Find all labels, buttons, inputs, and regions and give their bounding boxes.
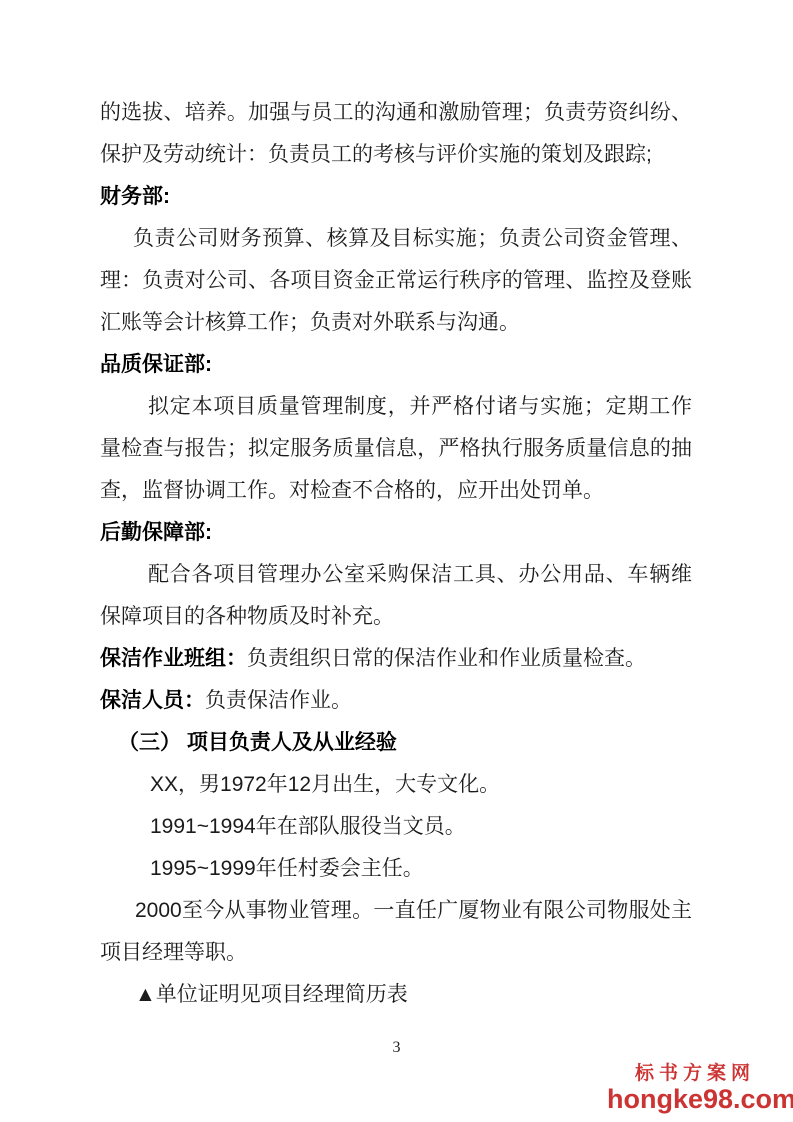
cleaning-team-item: 保洁作业班组：负责组织日常的保洁作业和作业质量检查。 [100, 638, 692, 680]
quality-dept-duties-line-3: 查，监督协调工作。对检查不合格的，应开出处罚单。 [100, 470, 692, 512]
career-2000-line-2: 项目经理等职。 [100, 932, 692, 974]
hr-dept-duties-line-1: 的选拔、培养。加强与员工的沟通和激励管理；负责劳资纠纷、劳动 [100, 92, 692, 134]
watermark-logo: 标书方案网 hongke98.com [607, 1062, 783, 1112]
cleaning-staff-item: 保洁人员：负责保洁作业。 [100, 680, 692, 722]
watermark-site-url: hongke98.com [607, 1086, 783, 1112]
logistics-dept-duties-line-1: 配合各项目管理办公室采购保洁工具、办公用品、车辆维修等， [100, 554, 692, 596]
page-number: 3 [0, 1038, 793, 1058]
document-body: 的选拔、培养。加强与员工的沟通和激励管理；负责劳资纠纷、劳动 保护及劳动统计：负… [100, 92, 692, 1016]
heading-logistics-support-dept: 后勤保障部: [100, 512, 692, 554]
career-2000-line-1: 2000至今从事物业管理。一直任广厦物业有限公司物服处主任、 [100, 890, 692, 932]
cleaning-team-label: 保洁作业班组： [100, 647, 247, 670]
watermark-site-name: 标书方案网 [607, 1062, 783, 1086]
document-page: { "page": { "number": "3", "background_c… [0, 0, 793, 1122]
finance-dept-duties-line-2: 理：负责对公司、各项目资金正常运行秩序的管理、监控及登账核账 [100, 260, 692, 302]
quality-dept-duties-line-1: 拟定本项目质量管理制度，并严格付诸与实施；定期工作进行质 [100, 386, 692, 428]
service-1991-line: 1991~1994年在部队服役当文员。 [100, 806, 692, 848]
leader-bio-line: XX，男1972年12月出生，大专文化。 [100, 764, 692, 806]
certificate-note-line: ▲单位证明见项目经理简历表 [100, 974, 692, 1016]
finance-dept-duties-line-1: 负责公司财务预算、核算及目标实施；负责公司资金管理、财务管 [100, 218, 692, 260]
cleaning-team-text: 负责组织日常的保洁作业和作业质量检查。 [247, 647, 646, 670]
finance-dept-duties-line-3: 汇账等会计核算工作；负责对外联系与沟通。 [100, 302, 692, 344]
cleaning-staff-text: 负责保洁作业。 [205, 689, 352, 712]
heading-finance-dept: 财务部: [100, 176, 692, 218]
heading-project-leader-experience: （三） 项目负责人及从业经验 [100, 722, 692, 764]
service-1995-line: 1995~1999年任村委会主任。 [100, 848, 692, 890]
heading-quality-assurance-dept: 品质保证部: [100, 344, 692, 386]
cleaning-staff-label: 保洁人员： [100, 689, 205, 712]
logistics-dept-duties-line-2: 保障项目的各种物质及时补充。 [100, 596, 692, 638]
quality-dept-duties-line-2: 量检查与报告；拟定服务质量信息，严格执行服务质量信息的抽样检 [100, 428, 692, 470]
hr-dept-duties-line-2: 保护及劳动统计：负责员工的考核与评价实施的策划及跟踪; [100, 134, 692, 176]
